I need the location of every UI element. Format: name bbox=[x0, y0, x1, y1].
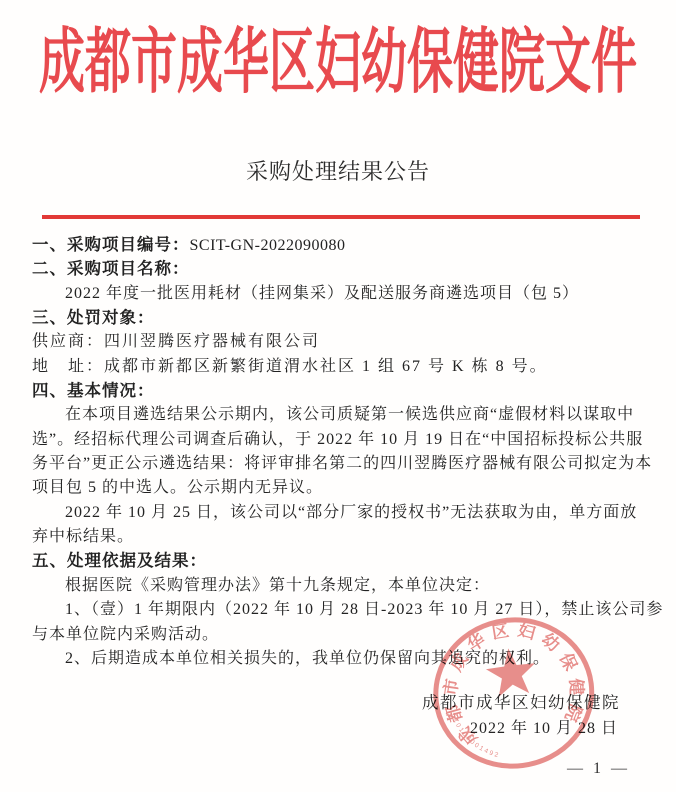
supplier-label: 供应商： bbox=[32, 333, 104, 350]
section-2-heading: 二、采购项目名称： bbox=[32, 257, 650, 281]
section-1-label: 一、采购项目编号： bbox=[32, 235, 190, 254]
section-4-heading: 四、基本情况： bbox=[32, 379, 650, 403]
project-number-value: SCIT-GN-2022090080 bbox=[190, 237, 346, 254]
supplier-name: 四川翌腾医疗器械有限公司 bbox=[104, 333, 320, 350]
decision-line-1: 1、（壹）1 年期限内（2022 年 10 月 28 日-2023 年 10 月… bbox=[32, 598, 650, 622]
section-3-heading: 三、处罚对象： bbox=[32, 306, 650, 330]
situation-line-4: 项目包 5 的中选人。公示期内无异议。 bbox=[32, 476, 650, 500]
document-page: 成都市成华区妇幼保健院文件 采购处理结果公告 一、采购项目编号：SCIT-GN-… bbox=[0, 0, 676, 792]
document-title: 采购处理结果公告 bbox=[0, 155, 676, 186]
decision-basis-line: 根据医院《采购管理办法》第十九条规定，本单位决定： bbox=[32, 574, 650, 598]
project-name-line: 2022 年度一批医用耗材（挂网集采）及配送服务商遴选项目（包 5） bbox=[32, 282, 650, 306]
signature-organization: 成都市成华区妇幼保健院 bbox=[422, 689, 620, 713]
address-label: 地 址： bbox=[32, 358, 104, 375]
address-line: 地 址：成都市新都区新繁街道渭水社区 1 组 67 号 K 栋 8 号。 bbox=[32, 355, 650, 379]
section-1-line: 一、采购项目编号：SCIT-GN-2022090080 bbox=[32, 233, 650, 257]
supplier-line: 供应商：四川翌腾医疗器械有限公司 bbox=[32, 330, 650, 354]
address-value: 成都市新都区新繁街道渭水社区 1 组 67 号 K 栋 8 号。 bbox=[104, 358, 548, 375]
decision-line-2: 与本单位院内采购活动。 bbox=[32, 623, 650, 647]
section-5-heading: 五、处理依据及结果： bbox=[32, 549, 650, 573]
situation-line-1: 在本项目遴选结果公示期内，该公司质疑第一候选供应商“虚假材料以谋取中 bbox=[32, 403, 650, 427]
red-divider bbox=[42, 215, 640, 219]
signature-date: 2022 年 10 月 28 日 bbox=[470, 715, 618, 738]
situation-line-6: 弃中标结果。 bbox=[32, 525, 650, 549]
page-number: — 1 — bbox=[567, 760, 630, 778]
decision-line-3: 2、后期造成本单位相关损失的，我单位仍保留向其追究的权利。 bbox=[32, 647, 650, 671]
red-header-banner: 成都市成华区妇幼保健院文件 bbox=[0, 27, 676, 73]
situation-line-3: 务平台”更正公示遴选结果：将评审排名第二的四川翌腾医疗器械有限公司拟定为本 bbox=[32, 452, 650, 476]
situation-line-5: 2022 年 10 月 25 日，该公司以“部分厂家的授权书”无法获取为由，单方… bbox=[32, 501, 650, 525]
letterhead-title: 成都市成华区妇幼保健院文件 bbox=[39, 27, 637, 98]
document-body: 一、采购项目编号：SCIT-GN-2022090080 二、采购项目名称： 20… bbox=[32, 233, 650, 671]
situation-line-2: 选”。经招标代理公司调查后确认，于 2022 年 10 月 19 日在“中国招标… bbox=[32, 428, 650, 452]
